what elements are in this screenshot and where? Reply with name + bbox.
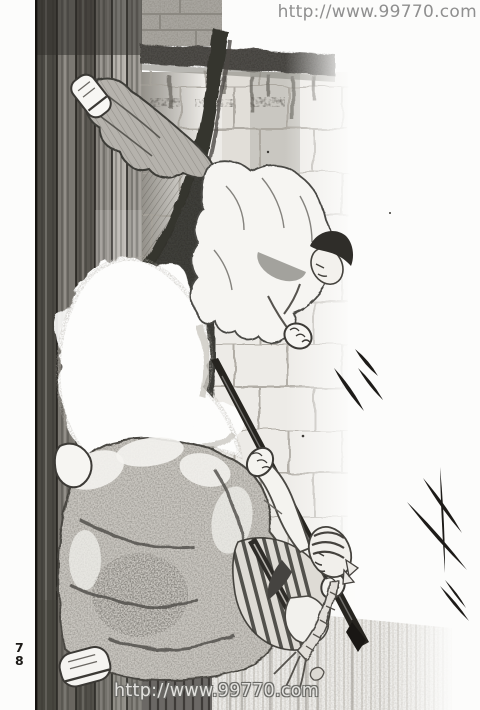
panel-border-left	[35, 0, 38, 710]
watermark-top: http://www.99770.com	[278, 2, 477, 22]
page-number: 7 8	[15, 641, 24, 667]
manga-artwork	[0, 0, 480, 710]
watermark-bottom: http://www.99770.com	[114, 681, 319, 701]
page-number-digit: 8	[15, 654, 24, 667]
manga-page: http://www.99770.com http://www.99770.co…	[0, 0, 480, 710]
stone-pillar	[142, 0, 222, 46]
